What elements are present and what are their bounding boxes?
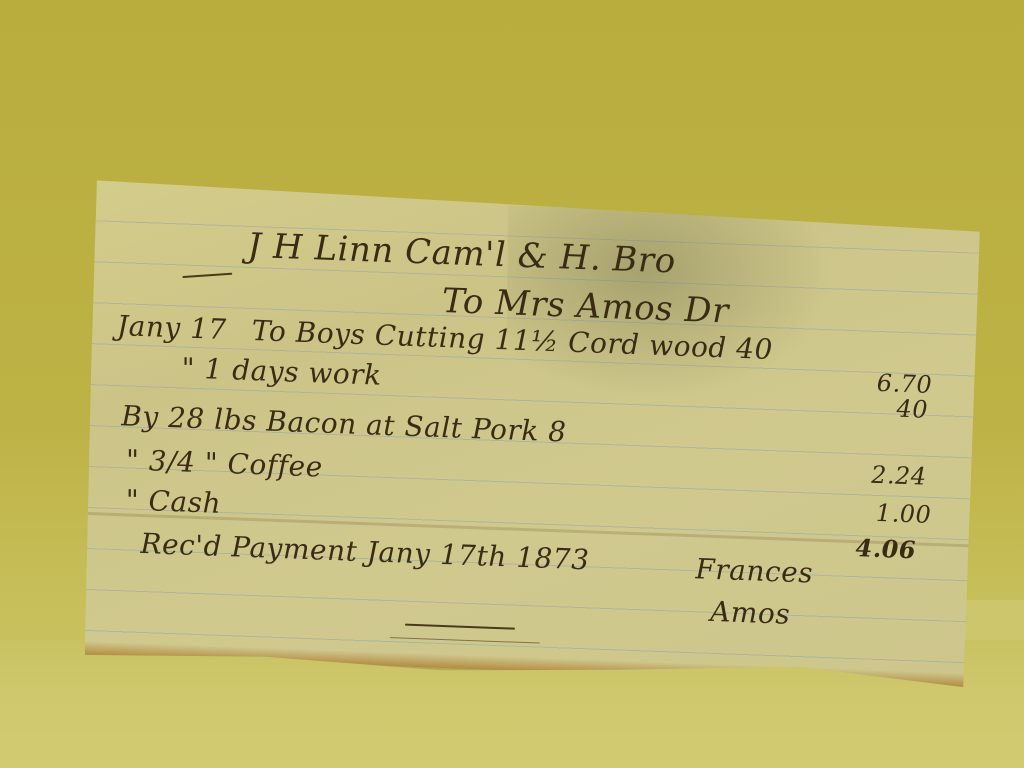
entry-description: " Cash — [126, 483, 222, 519]
total-amount: 4.06 — [856, 533, 917, 564]
signature-last-name: Amos — [710, 595, 790, 631]
receipt-paper: J H Linn Cam'l & H. Bro To Mrs Amos Dr J… — [85, 180, 980, 688]
entry-description: " 1 days work — [182, 351, 382, 391]
entry-date: Jany 17 — [117, 309, 227, 346]
receipt-line: Rec'd Payment Jany 17th 1873 — [140, 527, 589, 576]
closing-dotted-line — [390, 637, 540, 643]
entry-amount: 2.24 — [871, 461, 927, 491]
entry-description: " 3/4 " Coffee — [126, 443, 323, 483]
entry-amount: 1.00 — [876, 499, 932, 529]
signature-first-name: Frances — [695, 552, 813, 589]
entry-description: By 28 lbs Bacon at Salt Pork 8 — [121, 399, 566, 448]
closing-underline — [405, 624, 515, 630]
flourish-mark — [182, 273, 232, 278]
entry-amount: 40 — [896, 395, 928, 424]
